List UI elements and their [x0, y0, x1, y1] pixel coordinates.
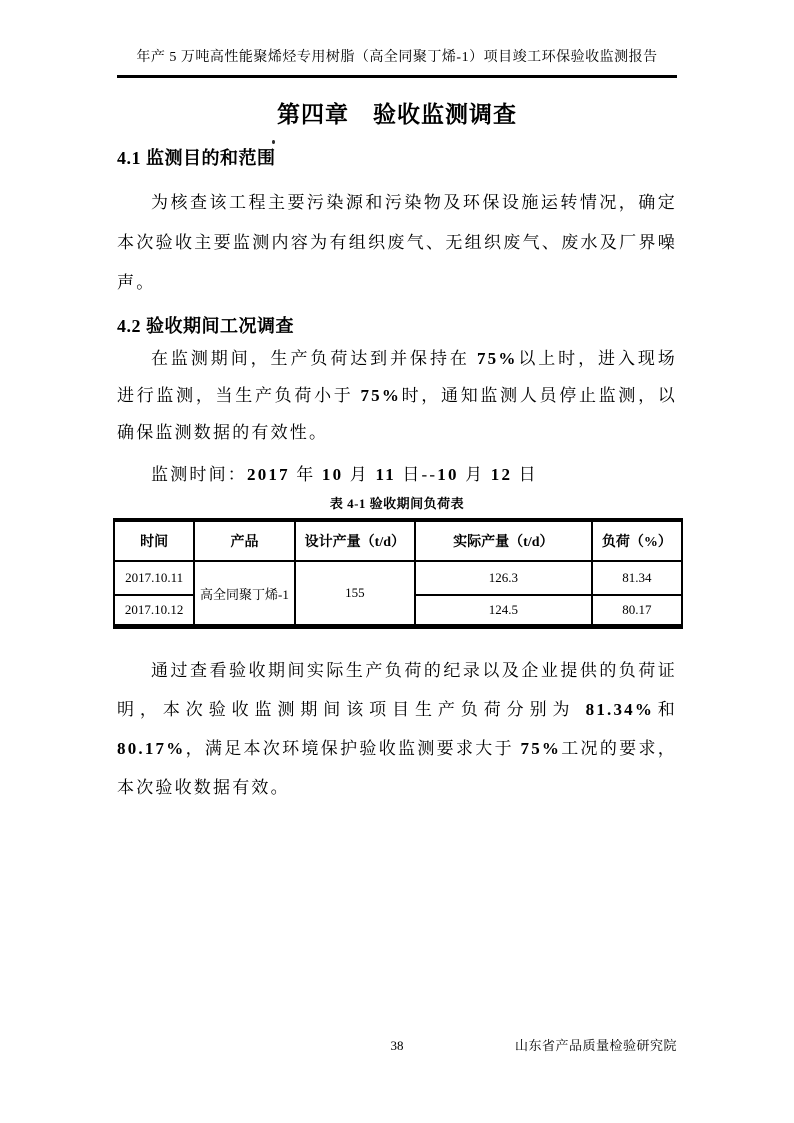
cell-load-percent: 81.34	[592, 561, 682, 595]
page-header: 年产 5 万吨高性能聚烯烃专用树脂（高全同聚丁烯-1）项目竣工环保验收监测报告	[117, 48, 677, 78]
section-42-paragraph: 在监测期间，生产负荷达到并保持在 75%以上时，进入现场进行监测，当生产负荷小于…	[117, 340, 677, 451]
page-footer: 38 山东省产品质量检验研究院	[117, 1036, 677, 1056]
header-cell-design-output: 设计产量（t/d）	[295, 520, 415, 561]
cell-date: 2017.10.12	[114, 595, 194, 627]
closing-paragraph: 通过查看验收期间实际生产负荷的纪录以及企业提供的负荷证明，本次验收监测期间该项目…	[117, 651, 677, 807]
chapter-title: 第四章 验收监测调查	[117, 100, 677, 130]
stray-dot-artifact	[272, 140, 275, 144]
header-cell-time: 时间	[114, 520, 194, 561]
header-cell-product: 产品	[194, 520, 294, 561]
table-row: 2017.10.11 高全同聚丁烯-1 155 126.3 81.34	[114, 561, 682, 595]
report-page: 年产 5 万吨高性能聚烯烃专用树脂（高全同聚丁烯-1）项目竣工环保验收监测报告 …	[0, 0, 794, 1123]
cell-date: 2017.10.11	[114, 561, 194, 595]
header-cell-actual-output: 实际产量（t/d）	[415, 520, 592, 561]
section-41-heading: 4.1 监测目的和范围	[117, 147, 677, 169]
header-cell-load-percent: 负荷（%）	[592, 520, 682, 561]
cell-design-output: 155	[295, 561, 415, 627]
section-42-heading: 4.2 验收期间工况调查	[117, 315, 677, 337]
page-number: 38	[391, 1038, 404, 1053]
table-header-row: 时间 产品 设计产量（t/d） 实际产量（t/d） 负荷（%）	[114, 520, 682, 561]
cell-product: 高全同聚丁烯-1	[194, 561, 294, 627]
cell-actual-output: 126.3	[415, 561, 592, 595]
section-41-paragraph: 为核查该工程主要污染源和污染物及环保设施运转情况，确定本次验收主要监测内容为有组…	[117, 183, 677, 303]
footer-organization: 山东省产品质量检验研究院	[515, 1036, 677, 1056]
monitor-time-line: 监测时间：2017 年 10 月 11 日--10 月 12 日	[117, 463, 677, 487]
cell-load-percent: 80.17	[592, 595, 682, 627]
page-header-title: 年产 5 万吨高性能聚烯烃专用树脂（高全同聚丁烯-1）项目竣工环保验收监测报告	[136, 50, 657, 65]
table-caption: 表 4-1 验收期间负荷表	[117, 495, 677, 513]
load-table: 时间 产品 设计产量（t/d） 实际产量（t/d） 负荷（%） 2017.10.…	[113, 518, 683, 629]
cell-actual-output: 124.5	[415, 595, 592, 627]
